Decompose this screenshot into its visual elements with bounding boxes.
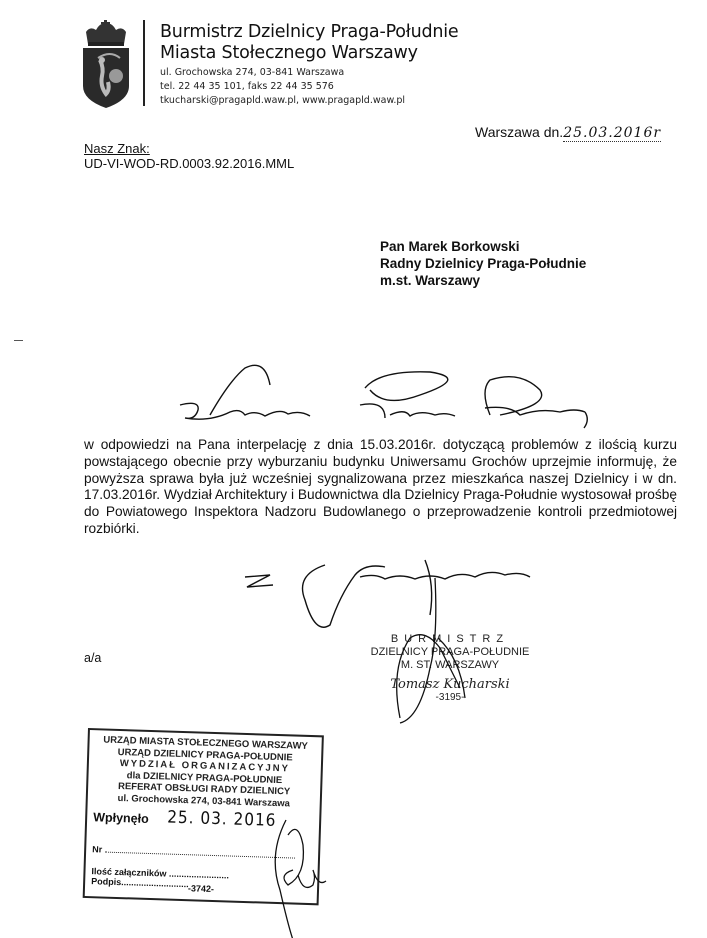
date-prefix: Warszawa dn.: [475, 124, 563, 140]
margin-mark: [14, 340, 23, 341]
letter-body: w odpowiedzi na Pana interpelację z dnia…: [84, 437, 677, 538]
header-email-web[interactable]: tkucharski@pragapld.waw.pl, www.pragapld…: [160, 94, 405, 108]
warsaw-coat-of-arms-icon: [80, 20, 132, 108]
stamp-signature: [258, 815, 328, 938]
handwritten-greeting: [170, 360, 600, 435]
reference-value: UD-VI-WOD-RD.0003.92.2016.MML: [84, 156, 294, 171]
header-phone: tel. 22 44 35 101, faks 22 44 35 576: [160, 80, 405, 94]
recipient-title: Radny Dzielnicy Praga-Południe: [380, 255, 586, 272]
date-handwritten: 25.03.2016r: [563, 125, 661, 142]
reference-label: Nasz Znak:: [84, 141, 150, 156]
recipient-block: Pan Marek Borkowski Radny Dzielnicy Prag…: [380, 238, 586, 289]
mayor-signature: [390, 578, 480, 728]
stamp-received-label: Wpłynęło: [93, 810, 149, 826]
header-contact: ul. Grochowska 274, 03-841 Warszawa tel.…: [160, 66, 405, 108]
header-address: ul. Grochowska 274, 03-841 Warszawa: [160, 66, 405, 80]
letter-body-text: w odpowiedzi na Pana interpelację z dnia…: [84, 437, 677, 538]
aa-note: a/a: [84, 651, 101, 665]
header-divider: [143, 20, 145, 106]
header-title: Burmistrz Dzielnicy Praga-Południe Miast…: [160, 22, 459, 64]
header-title-line1: Burmistrz Dzielnicy Praga-Południe: [160, 22, 459, 43]
stamp-nr-label: Nr: [92, 844, 102, 854]
recipient-city: m.st. Warszawy: [380, 272, 586, 289]
stamp-header: URZĄD MIASTA STOŁECZNEGO WARSZAWY URZĄD …: [88, 730, 322, 810]
header-title-line2: Miasta Stołecznego Warszawy: [160, 43, 459, 64]
letter-date: Warszawa dn.25.03.2016r: [475, 124, 661, 141]
recipient-name: Pan Marek Borkowski: [380, 238, 586, 255]
handwritten-closing: [225, 555, 545, 640]
